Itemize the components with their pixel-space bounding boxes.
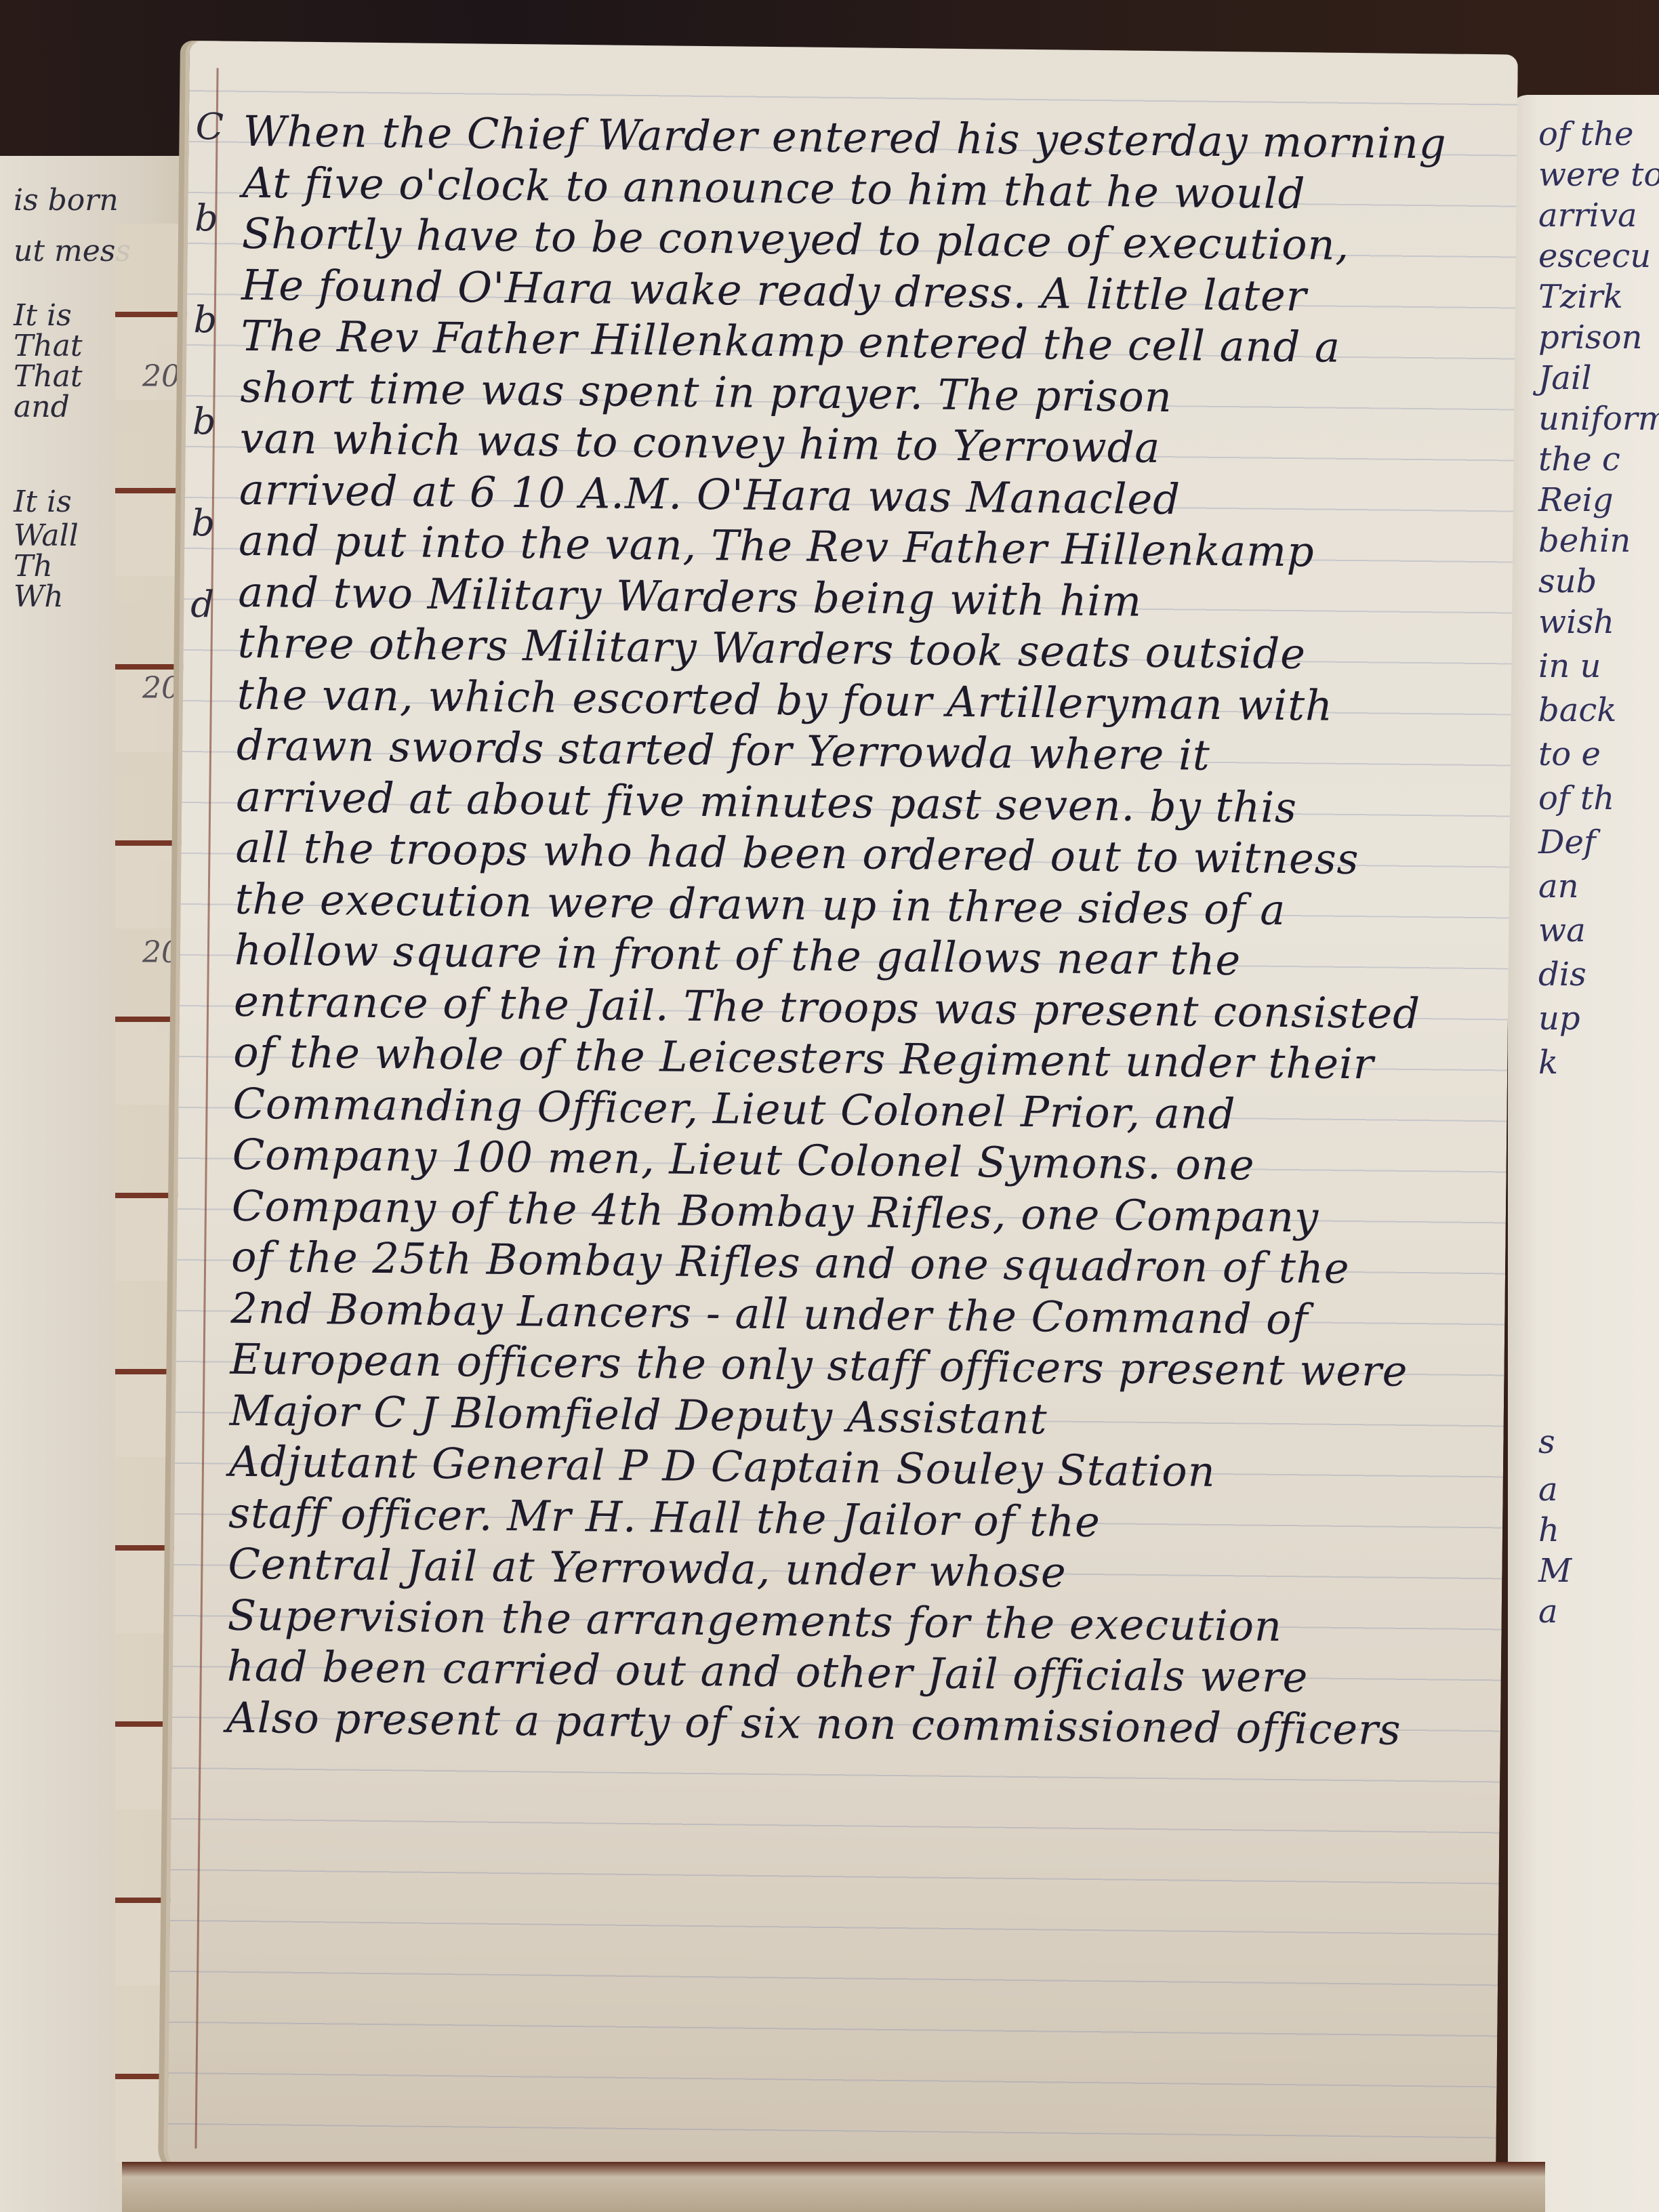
margin-rule: [194, 68, 218, 2148]
right-line: of th: [1538, 779, 1614, 817]
margin-mark: C: [195, 105, 224, 148]
right-line: of the: [1538, 115, 1634, 153]
left-line: That: [14, 359, 83, 394]
margin-mark: b: [194, 197, 218, 239]
right-line: Tzirk: [1538, 278, 1623, 316]
right-line: uniform: [1538, 400, 1659, 438]
right-line: h: [1538, 1511, 1559, 1549]
left-line: ut mess: [14, 234, 131, 268]
right-line: arriva: [1538, 197, 1637, 234]
left-line: is born: [14, 183, 119, 218]
right-line: wish: [1538, 603, 1614, 641]
stub-number: 20: [142, 935, 180, 970]
left-line: It is: [14, 298, 72, 333]
right-line: back: [1538, 691, 1616, 729]
right-line: Reig: [1538, 481, 1614, 519]
right-line: dis: [1538, 956, 1586, 994]
right-line: behin: [1538, 522, 1631, 560]
right-facing-page: of the were to arriva escecu Tzirk priso…: [1508, 95, 1659, 2212]
right-line: the c: [1538, 441, 1620, 478]
left-line: Wh: [14, 579, 64, 614]
right-line: wa: [1538, 912, 1586, 949]
left-line: Wall: [14, 518, 79, 553]
margin-mark: b: [193, 298, 217, 341]
margin-mark: b: [191, 501, 215, 544]
left-line: That: [14, 329, 83, 363]
right-line: s: [1538, 1423, 1555, 1461]
right-line: a: [1538, 1593, 1558, 1631]
right-line: were to: [1538, 156, 1659, 194]
right-line: M: [1538, 1552, 1572, 1590]
right-line: escecu: [1538, 237, 1651, 275]
right-line: sub: [1538, 562, 1597, 600]
margin-mark: d: [190, 583, 214, 626]
right-line: in u: [1538, 647, 1601, 685]
right-line: k: [1538, 1044, 1558, 1082]
left-line: Th: [14, 549, 53, 583]
right-line: to e: [1538, 735, 1601, 773]
right-line: Jail: [1538, 359, 1592, 397]
right-line: a: [1538, 1471, 1558, 1509]
handwritten-page: C b b b b d When the Chief Warder entere…: [167, 41, 1518, 2189]
margin-mark: b: [192, 400, 216, 443]
stub-number: 20: [142, 359, 180, 394]
right-line: Def: [1538, 823, 1596, 861]
left-line: and: [14, 390, 70, 424]
right-line: up: [1538, 1000, 1580, 1038]
stub-number: 20: [142, 671, 180, 705]
handwritten-text: When the Chief Warder entered his yester…: [226, 106, 1483, 1756]
page-stack-edge: [122, 2162, 1545, 2212]
right-line: an: [1538, 867, 1579, 905]
left-line: It is: [14, 485, 72, 519]
right-line: prison: [1538, 319, 1642, 356]
